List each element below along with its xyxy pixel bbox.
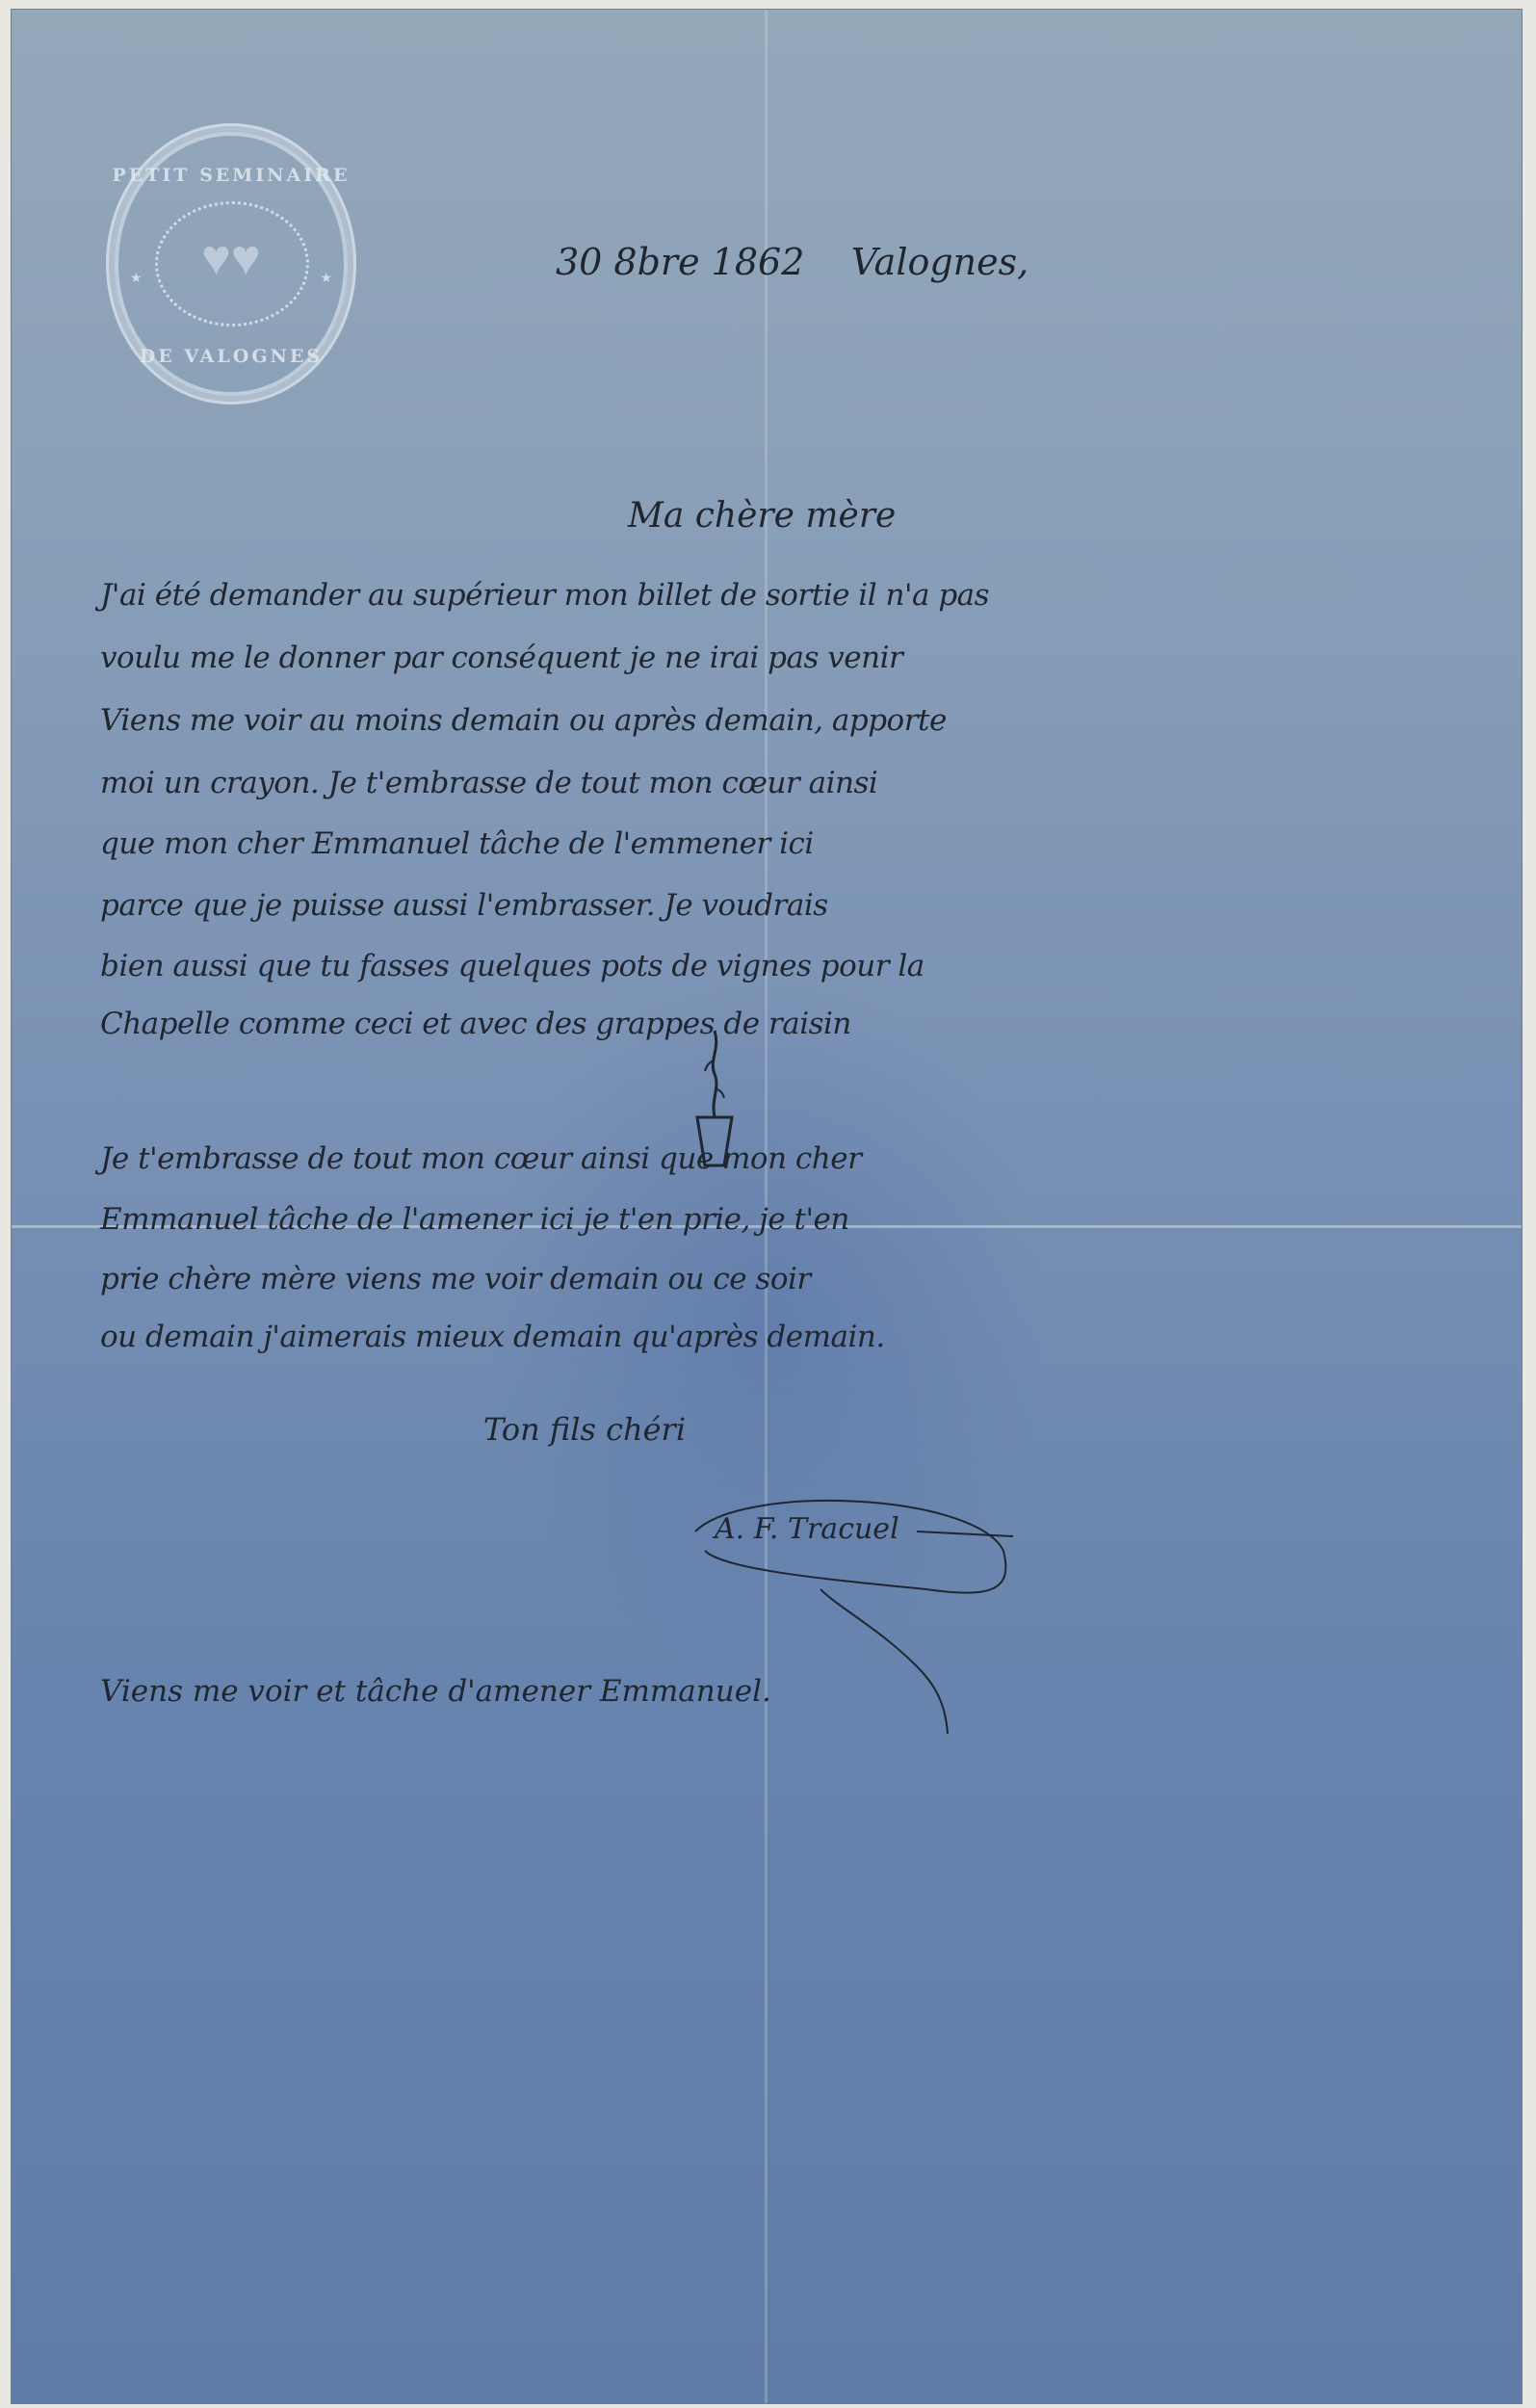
body-line: moi un crayon. Je t'embrasse de tout mon… [100,766,877,800]
body-line: voulu me le donner par conséquent je ne … [100,641,902,675]
star-icon: ★ [130,271,143,287]
body-line: Je t'embrasse de tout mon cœur ainsi que… [100,1141,861,1176]
seal-text-top: PETIT SEMINAIRE [109,165,353,186]
body-line: ou demain j'aimerais mieux demain qu'apr… [100,1320,885,1354]
sacred-hearts-icon: ♥♥ [201,230,261,287]
body-line: Viens me voir au moins demain ou après d… [100,703,947,738]
seal-text-bottom: DE VALOGNES [109,346,353,367]
letter-paper: PETIT SEMINAIRE ♥♥ ★ ★ DE VALOGNES 30 8b… [12,10,1522,2403]
body-line: bien aussi que tu fasses quelques pots d… [100,949,924,983]
letter-dateline: 30 8bre 1862 Valognes, [556,241,1028,283]
salutation: Ma chère mère [628,496,896,536]
body-line: Emmanuel tâche de l'amener ici je t'en p… [100,1202,849,1237]
letter-date: 30 8bre 1862 [556,241,804,283]
closing: Ton fils chéri [483,1411,686,1448]
star-icon: ★ [320,271,332,287]
body-line: parce que je puisse aussi l'embrasser. J… [100,888,828,923]
body-line: que mon cher Emmanuel tâche de l'emmener… [100,826,814,861]
postscript: Viens me voir et tâche d'amener Emmanuel… [100,1674,771,1709]
letter-place: Valognes, [851,241,1029,283]
body-line: prie chère mère viens me voir demain ou … [100,1262,811,1296]
body-line: J'ai été demander au supérieur mon bille… [100,578,989,613]
embossed-seal: PETIT SEMINAIRE ♥♥ ★ ★ DE VALOGNES [106,123,356,405]
